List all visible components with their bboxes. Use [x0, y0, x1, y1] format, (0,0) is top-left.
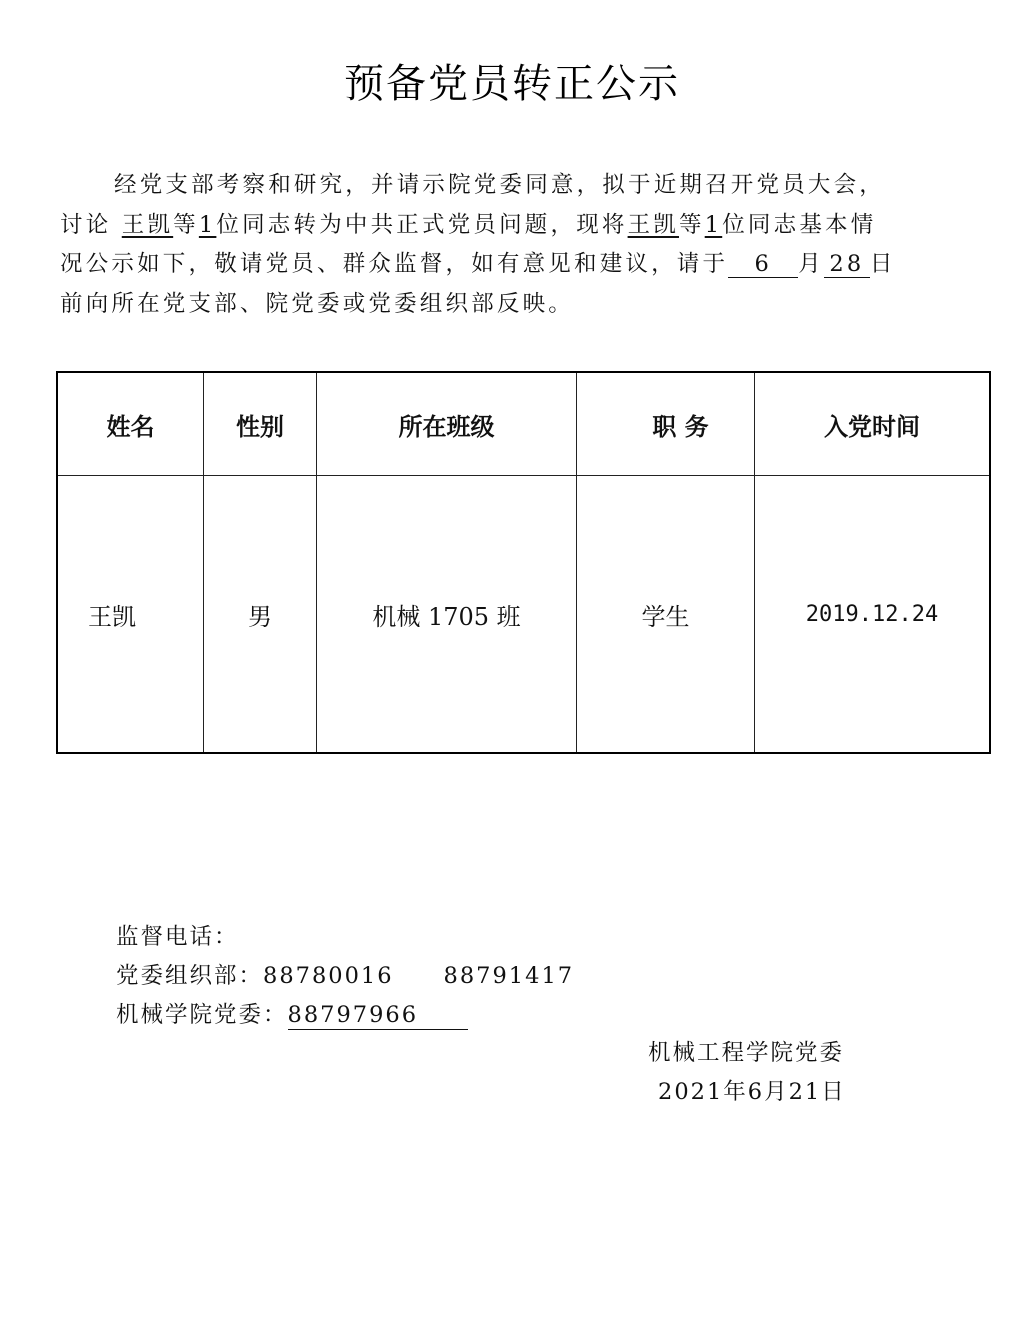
issue-date: 2021年6月21日 [648, 1073, 846, 1112]
paragraph-line-1: 经党支部考察和研究，并请示院党委同意，拟于近期召开党员大会， [60, 166, 960, 206]
text: 位同志转为中共正式党员问题，现将 [216, 212, 627, 238]
notice-paragraph: 经党支部考察和研究，并请示院党委同意，拟于近期召开党员大会， 讨论 王凯等1位同… [60, 166, 960, 324]
paragraph-line-4: 前向所在党支部、院党委或党委组织部反映。 [60, 285, 960, 325]
signature-block: 机械工程学院党委 2021年6月21日 [648, 1034, 846, 1112]
cell-join-date: 2019.12.24 [755, 476, 991, 754]
candidate-count: 1 [199, 212, 217, 238]
cell-position: 学生 [577, 476, 755, 754]
header-join-date: 入党时间 [755, 372, 991, 476]
text: 月 [798, 251, 824, 277]
paragraph-line-3: 况公示如下，敬请党员、群众监督，如有意见和建议，请于6月28日 [60, 245, 960, 285]
text: 日 [870, 251, 896, 277]
candidate-name: 王凯 [122, 212, 173, 238]
text: 讨论 [60, 212, 122, 238]
paragraph-line-2: 讨论 王凯等1位同志转为中共正式党员问题，现将王凯等1位同志基本情 [60, 206, 960, 246]
contact-org: 党委组织部：8878001688791417 [116, 957, 574, 996]
org-label: 党委组织部： [116, 963, 263, 989]
contact-heading: 监督电话： [116, 918, 574, 957]
table-header-row: 姓名 性别 所在班级 职 务 入党时间 [57, 372, 990, 476]
issuer: 机械工程学院党委 [648, 1034, 846, 1073]
org-phone-2: 88791417 [444, 963, 575, 989]
college-phone: 88797966 [288, 1001, 468, 1030]
header-gender: 性别 [204, 372, 317, 476]
text: 等 [679, 212, 705, 238]
header-position: 职 务 [577, 372, 755, 476]
text: 况公示如下，敬请党员、群众监督，如有意见和建议，请于 [60, 251, 728, 277]
candidate-name: 王凯 [628, 212, 679, 238]
deadline-day: 28 [824, 251, 870, 278]
org-phone-1: 88780016 [263, 963, 394, 989]
cell-name: 王凯 [57, 476, 204, 754]
table-row: 王凯 男 机械 1705 班 学生 2019.12.24 [57, 476, 990, 754]
cell-class: 机械 1705 班 [317, 476, 577, 754]
contact-college: 机械学院党委：88797966 [116, 996, 574, 1035]
header-name: 姓名 [57, 372, 204, 476]
document-title: 预备党员转正公示 [0, 52, 1024, 109]
college-label: 机械学院党委： [116, 1002, 288, 1028]
candidate-table: 姓名 性别 所在班级 职 务 入党时间 王凯 男 机械 1705 班 学生 20… [56, 371, 991, 754]
header-class: 所在班级 [317, 372, 577, 476]
contact-block: 监督电话： 党委组织部：8878001688791417 机械学院党委：8879… [116, 918, 574, 1035]
cell-gender: 男 [204, 476, 317, 754]
deadline-month: 6 [728, 251, 798, 278]
text: 位同志基本情 [722, 212, 876, 238]
candidate-count: 1 [705, 212, 723, 238]
text: 等 [173, 212, 199, 238]
